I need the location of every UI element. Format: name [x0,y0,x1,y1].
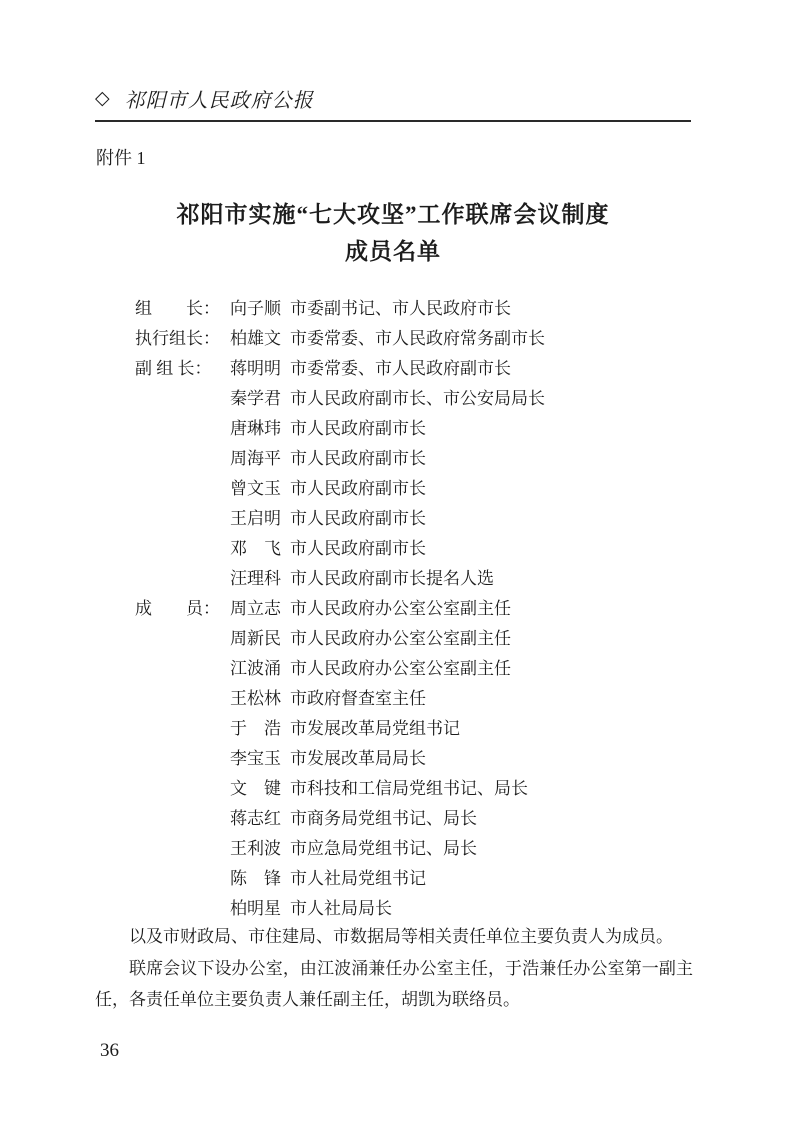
member-name: 文 键 [230,774,290,799]
member-name: 向子顺 [230,294,290,319]
diamond-icon: ◇ [95,89,111,108]
member-name: 汪理科 [230,564,290,589]
member-role-label: 执行组长： [135,324,230,349]
member-position: 市委副书记、市人民政府市长 [290,294,691,319]
member-name: 周新民 [230,624,290,649]
document-title: 祁阳市实施“七大攻坚”工作联席会议制度 成员名单 [95,196,691,270]
member-row: 组 长： 向子顺 市委副书记、市人民政府市长 [135,291,691,321]
document-title-line1: 祁阳市实施“七大攻坚”工作联席会议制度 [95,196,691,233]
member-position: 市人民政府办公室公室副主任 [290,624,691,649]
member-position: 市应急局党组书记、局长 [290,834,691,859]
member-position: 市人民政府办公室公室副主任 [290,654,691,679]
member-name: 于 浩 [230,714,290,739]
member-position: 市科技和工信局党组书记、局长 [290,774,691,799]
member-position: 市人民政府办公室公室副主任 [290,594,691,619]
member-name: 柏明星 [230,894,290,919]
closing-paragraphs: 以及市财政局、市住建局、市数据局等相关责任单位主要负责人为成员。 联席会议下设办… [95,921,693,1016]
member-position: 市委常委、市人民政府副市长 [290,354,691,379]
member-position: 市人民政府副市长提名人选 [290,564,691,589]
member-list: 组 长： 向子顺 市委副书记、市人民政府市长 执行组长： 柏雄文 市委常委、市人… [135,291,691,921]
member-role-label: 组 长： [135,294,230,319]
member-row: 唐琳玮 市人民政府副市长 [135,411,691,441]
member-name: 王松林 [230,684,290,709]
member-row: 周海平 市人民政府副市长 [135,441,691,471]
member-row: 副 组 长： 蒋明明 市委常委、市人民政府副市长 [135,351,691,381]
member-name: 王启明 [230,504,290,529]
member-name: 秦学君 [230,384,290,409]
member-name: 周海平 [230,444,290,469]
attachment-label: 附件 1 [96,144,146,170]
member-row: 汪理科 市人民政府副市长提名人选 [135,561,691,591]
member-position: 市人民政府副市长 [290,444,691,469]
member-name: 邓 飞 [230,534,290,559]
member-role-label: 成 员： [135,594,230,619]
member-row: 成 员： 周立志 市人民政府办公室公室副主任 [135,591,691,621]
member-row: 执行组长： 柏雄文 市委常委、市人民政府常务副市长 [135,321,691,351]
member-position: 市人民政府副市长 [290,414,691,439]
member-position: 市人民政府副市长、市公安局局长 [290,384,691,409]
member-name: 蒋明明 [230,354,290,379]
member-position: 市委常委、市人民政府常务副市长 [290,324,691,349]
member-position: 市人社局局长 [290,894,691,919]
member-position: 市政府督查室主任 [290,684,691,709]
member-row: 曾文玉 市人民政府副市长 [135,471,691,501]
member-name: 江波涌 [230,654,290,679]
member-row: 蒋志红 市商务局党组书记、局长 [135,801,691,831]
member-row: 王启明 市人民政府副市长 [135,501,691,531]
member-name: 王利波 [230,834,290,859]
member-name: 柏雄文 [230,324,290,349]
member-row: 江波涌 市人民政府办公室公室副主任 [135,651,691,681]
member-name: 曾文玉 [230,474,290,499]
member-row: 周新民 市人民政府办公室公室副主任 [135,621,691,651]
member-name: 周立志 [230,594,290,619]
member-role-label: 副 组 长： [135,354,230,379]
member-position: 市人民政府副市长 [290,504,691,529]
member-position: 市人民政府副市长 [290,474,691,499]
member-row: 邓 飞 市人民政府副市长 [135,531,691,561]
member-name: 唐琳玮 [230,414,290,439]
member-position: 市发展改革局局长 [290,744,691,769]
bulletin-title: 祁阳市人民政府公报 [125,84,314,113]
member-position: 市人民政府副市长 [290,534,691,559]
member-row: 柏明星 市人社局局长 [135,891,691,921]
member-row: 于 浩 市发展改革局党组书记 [135,711,691,741]
bulletin-header: ◇ 祁阳市人民政府公报 [95,84,691,122]
member-row: 秦学君 市人民政府副市长、市公安局局长 [135,381,691,411]
member-name: 蒋志红 [230,804,290,829]
bulletin-page: ◇ 祁阳市人民政府公报 附件 1 祁阳市实施“七大攻坚”工作联席会议制度 成员名… [0,0,793,1122]
member-row: 王利波 市应急局党组书记、局长 [135,831,691,861]
member-row: 李宝玉 市发展改革局局长 [135,741,691,771]
member-row: 王松林 市政府督查室主任 [135,681,691,711]
closing-paragraph-1: 以及市财政局、市住建局、市数据局等相关责任单位主要负责人为成员。 [95,921,693,953]
member-row: 文 键 市科技和工信局党组书记、局长 [135,771,691,801]
closing-paragraph-2: 联席会议下设办公室，由江波涌兼任办公室主任，于浩兼任办公室第一副主任，各责任单位… [95,953,693,1016]
page-number: 36 [100,1040,119,1062]
member-position: 市人社局党组书记 [290,864,691,889]
member-name: 李宝玉 [230,744,290,769]
member-row: 陈 锋 市人社局党组书记 [135,861,691,891]
member-name: 陈 锋 [230,864,290,889]
document-title-line2: 成员名单 [95,233,691,270]
member-position: 市商务局党组书记、局长 [290,804,691,829]
member-position: 市发展改革局党组书记 [290,714,691,739]
